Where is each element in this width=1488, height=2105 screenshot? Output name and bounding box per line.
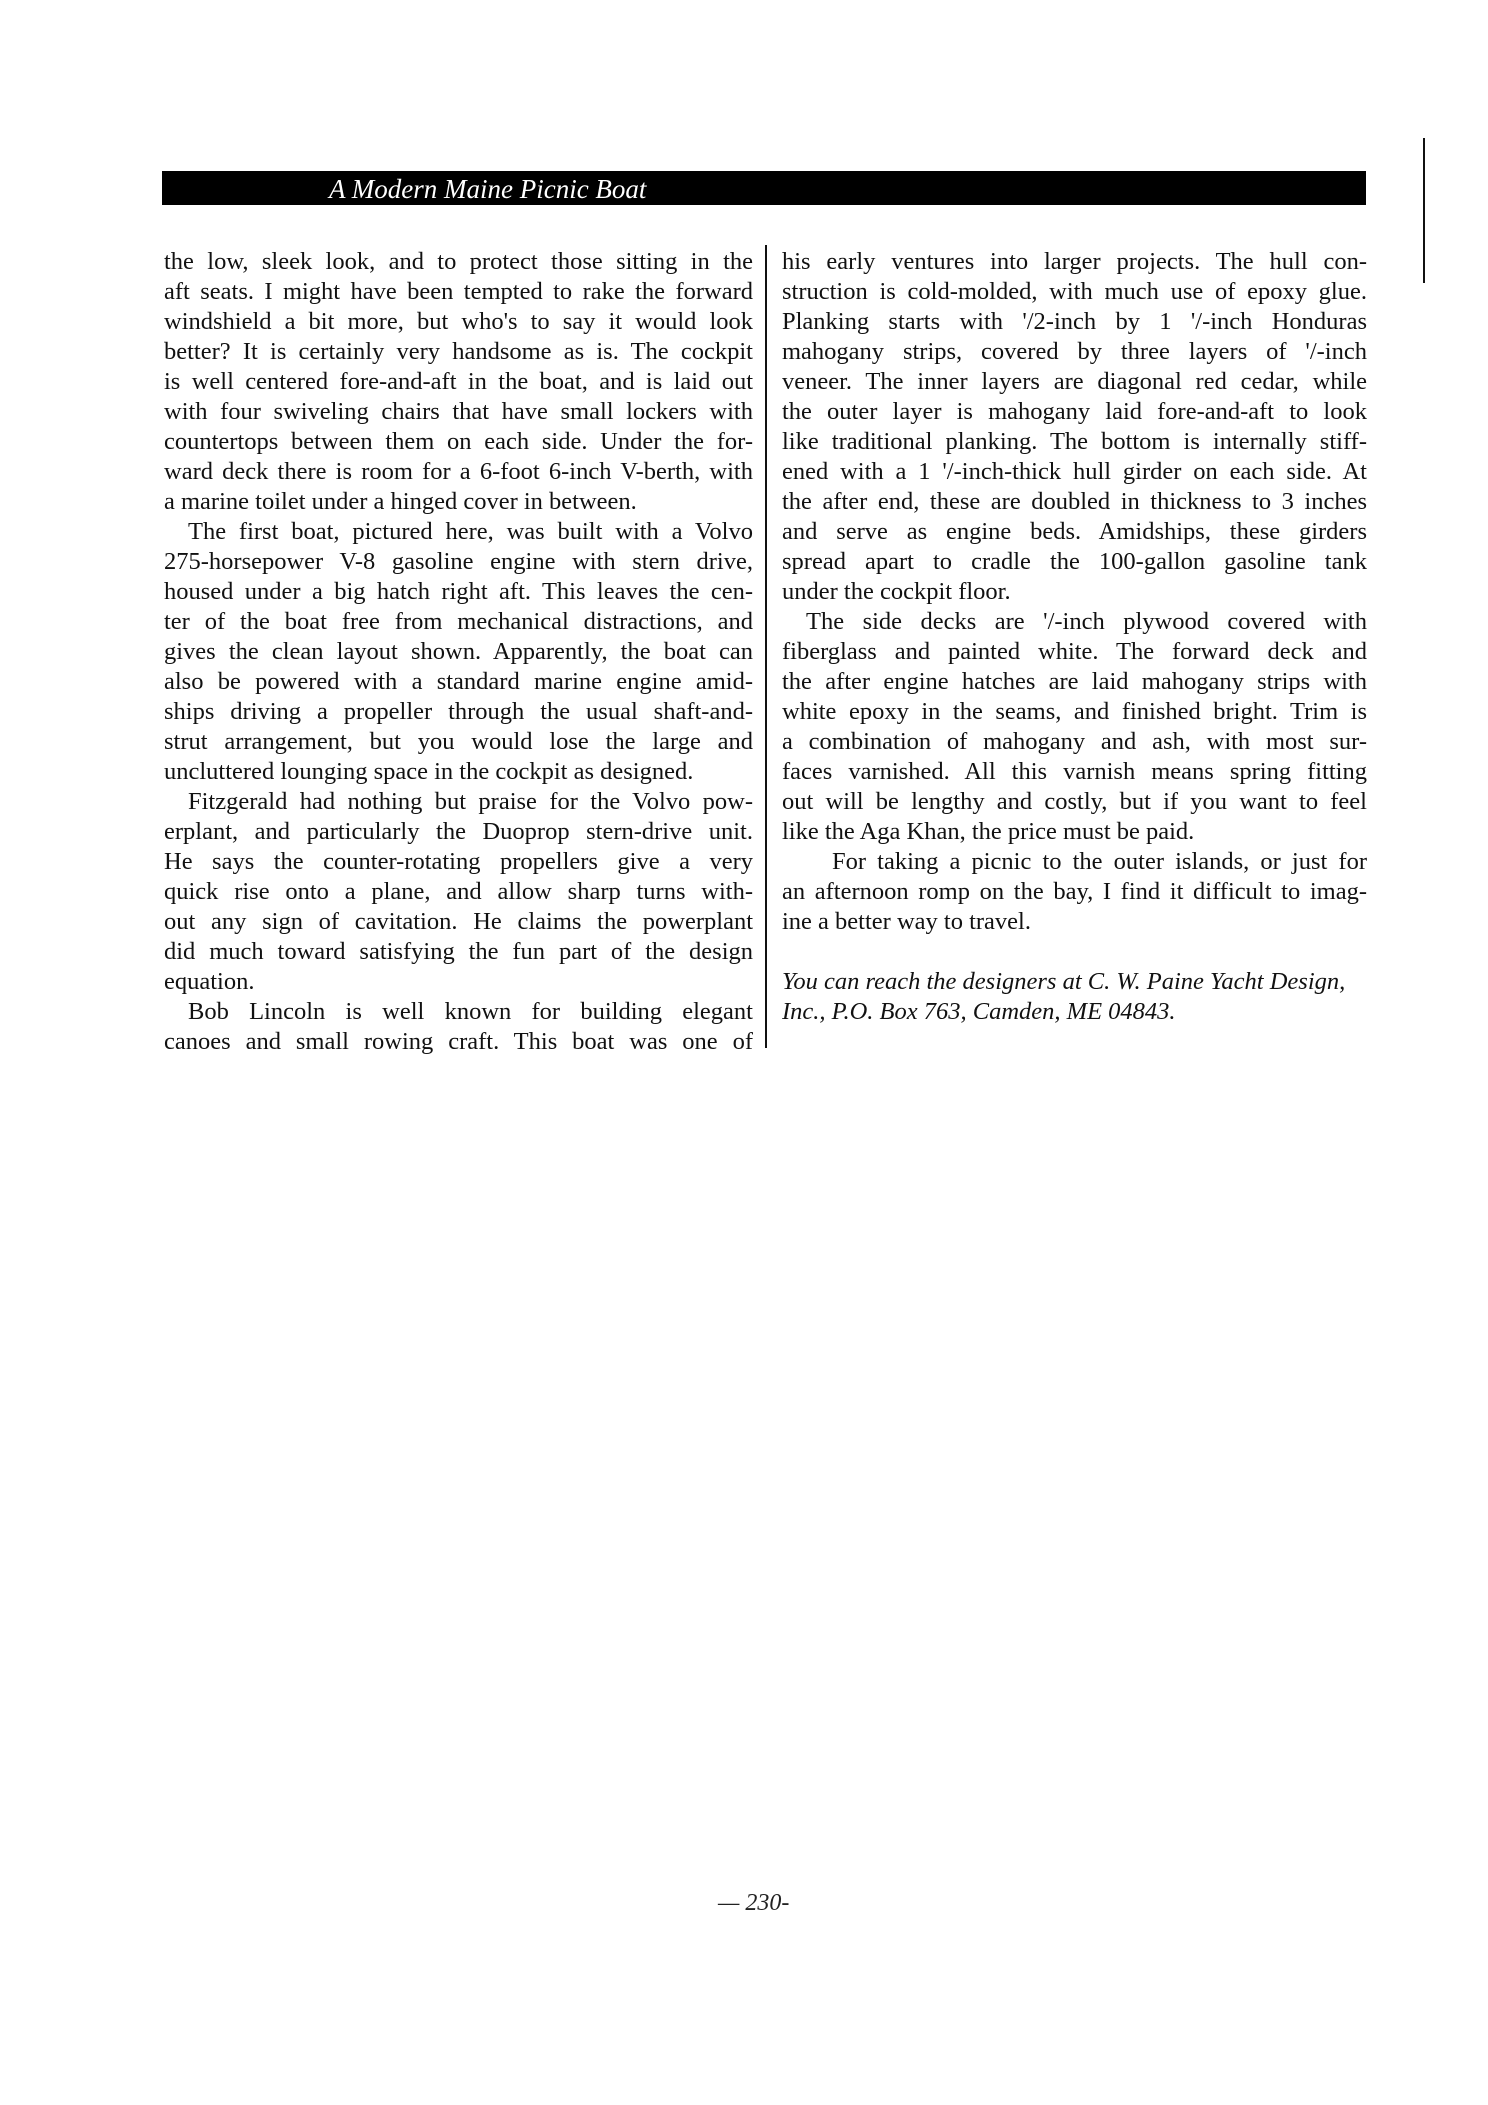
running-header-title: A Modern Maine Picnic Boat xyxy=(329,171,646,205)
text-line: an afternoon romp on the bay, I find it … xyxy=(782,877,1367,907)
text-line: ened with a 1 '/-inch-thick hull girder … xyxy=(782,457,1367,487)
text-line: a marine toilet under a hinged cover in … xyxy=(164,487,753,517)
text-line: 275-horsepower V-8 gasoline engine with … xyxy=(164,547,753,577)
page-edge-rule xyxy=(1423,138,1425,283)
paragraph-start-line: The side decks are '/-inch plywood cover… xyxy=(782,607,1367,637)
text-line: canoes and small rowing craft. This boat… xyxy=(164,1027,753,1057)
text-line: is well centered fore-and-aft in the boa… xyxy=(164,367,753,397)
text-line: like traditional planking. The bottom is… xyxy=(782,427,1367,457)
text-line: the low, sleek look, and to protect thos… xyxy=(164,247,753,277)
text-line: out any sign of cavitation. He claims th… xyxy=(164,907,753,937)
left-column: the low, sleek look, and to protect thos… xyxy=(164,247,753,1057)
text-line: the outer layer is mahogany laid fore-an… xyxy=(782,397,1367,427)
text-line: fiberglass and painted white. The forwar… xyxy=(782,637,1367,667)
text-line: spread apart to cradle the 100-gallon ga… xyxy=(782,547,1367,577)
text-line: faces varnished. All this varnish means … xyxy=(782,757,1367,787)
text-line: housed under a big hatch right aft. This… xyxy=(164,577,753,607)
text-line: ine a better way to travel. xyxy=(782,907,1367,937)
text-line: under the cockpit floor. xyxy=(782,577,1367,607)
text-line: like the Aga Khan, the price must be pai… xyxy=(782,817,1367,847)
text-line: gives the clean layout shown. Apparently… xyxy=(164,637,753,667)
text-line: out will be lengthy and costly, but if y… xyxy=(782,787,1367,817)
text-line: mahogany strips, covered by three layers… xyxy=(782,337,1367,367)
text-line: erplant, and particularly the Duoprop st… xyxy=(164,817,753,847)
right-column: his early ventures into larger projects.… xyxy=(782,247,1367,1027)
text-line: countertops between them on each side. U… xyxy=(164,427,753,457)
text-line: windshield a bit more, but who's to say … xyxy=(164,307,753,337)
paragraph-start-line: Fitzgerald had nothing but praise for th… xyxy=(164,787,753,817)
text-line: better? It is certainly very handsome as… xyxy=(164,337,753,367)
contact-line: You can reach the designers at C. W. Pai… xyxy=(782,967,1367,997)
text-line: the after engine hatches are laid mahoga… xyxy=(782,667,1367,697)
text-line: also be powered with a standard marine e… xyxy=(164,667,753,697)
text-line: ter of the boat free from mechanical dis… xyxy=(164,607,753,637)
paragraph-start-line: Bob Lincoln is well known for building e… xyxy=(164,997,753,1027)
paragraph-start-line: The first boat, pictured here, was built… xyxy=(164,517,753,547)
text-line: the after end, these are doubled in thic… xyxy=(782,487,1367,517)
paragraph-gap xyxy=(782,937,1367,967)
text-line: with four swiveling chairs that have sma… xyxy=(164,397,753,427)
text-line: his early ventures into larger projects.… xyxy=(782,247,1367,277)
document-page: A Modern Maine Picnic Boat the low, slee… xyxy=(0,0,1488,2105)
column-divider xyxy=(765,245,767,1048)
text-line: veneer. The inner layers are diagonal re… xyxy=(782,367,1367,397)
text-line: Planking starts with '/2-inch by 1 '/-in… xyxy=(782,307,1367,337)
text-line: struction is cold-molded, with much use … xyxy=(782,277,1367,307)
text-line: did much toward satisfying the fun part … xyxy=(164,937,753,967)
contact-line: Inc., P.O. Box 763, Camden, ME 04843. xyxy=(782,997,1367,1027)
text-line: equation. xyxy=(164,967,753,997)
text-line: strut arrangement, but you would lose th… xyxy=(164,727,753,757)
text-line: and serve as engine beds. Amidships, the… xyxy=(782,517,1367,547)
text-line: a combination of mahogany and ash, with … xyxy=(782,727,1367,757)
text-line: quick rise onto a plane, and allow sharp… xyxy=(164,877,753,907)
page-number: — 230- xyxy=(718,1890,818,1917)
text-line: white epoxy in the seams, and finished b… xyxy=(782,697,1367,727)
text-line: ward deck there is room for a 6-foot 6-i… xyxy=(164,457,753,487)
paragraph-start-line: For taking a picnic to the outer islands… xyxy=(782,847,1367,877)
text-line: uncluttered lounging space in the cockpi… xyxy=(164,757,753,787)
text-line: aft seats. I might have been tempted to … xyxy=(164,277,753,307)
text-line: He says the counter-rotating propellers … xyxy=(164,847,753,877)
text-line: ships driving a propeller through the us… xyxy=(164,697,753,727)
